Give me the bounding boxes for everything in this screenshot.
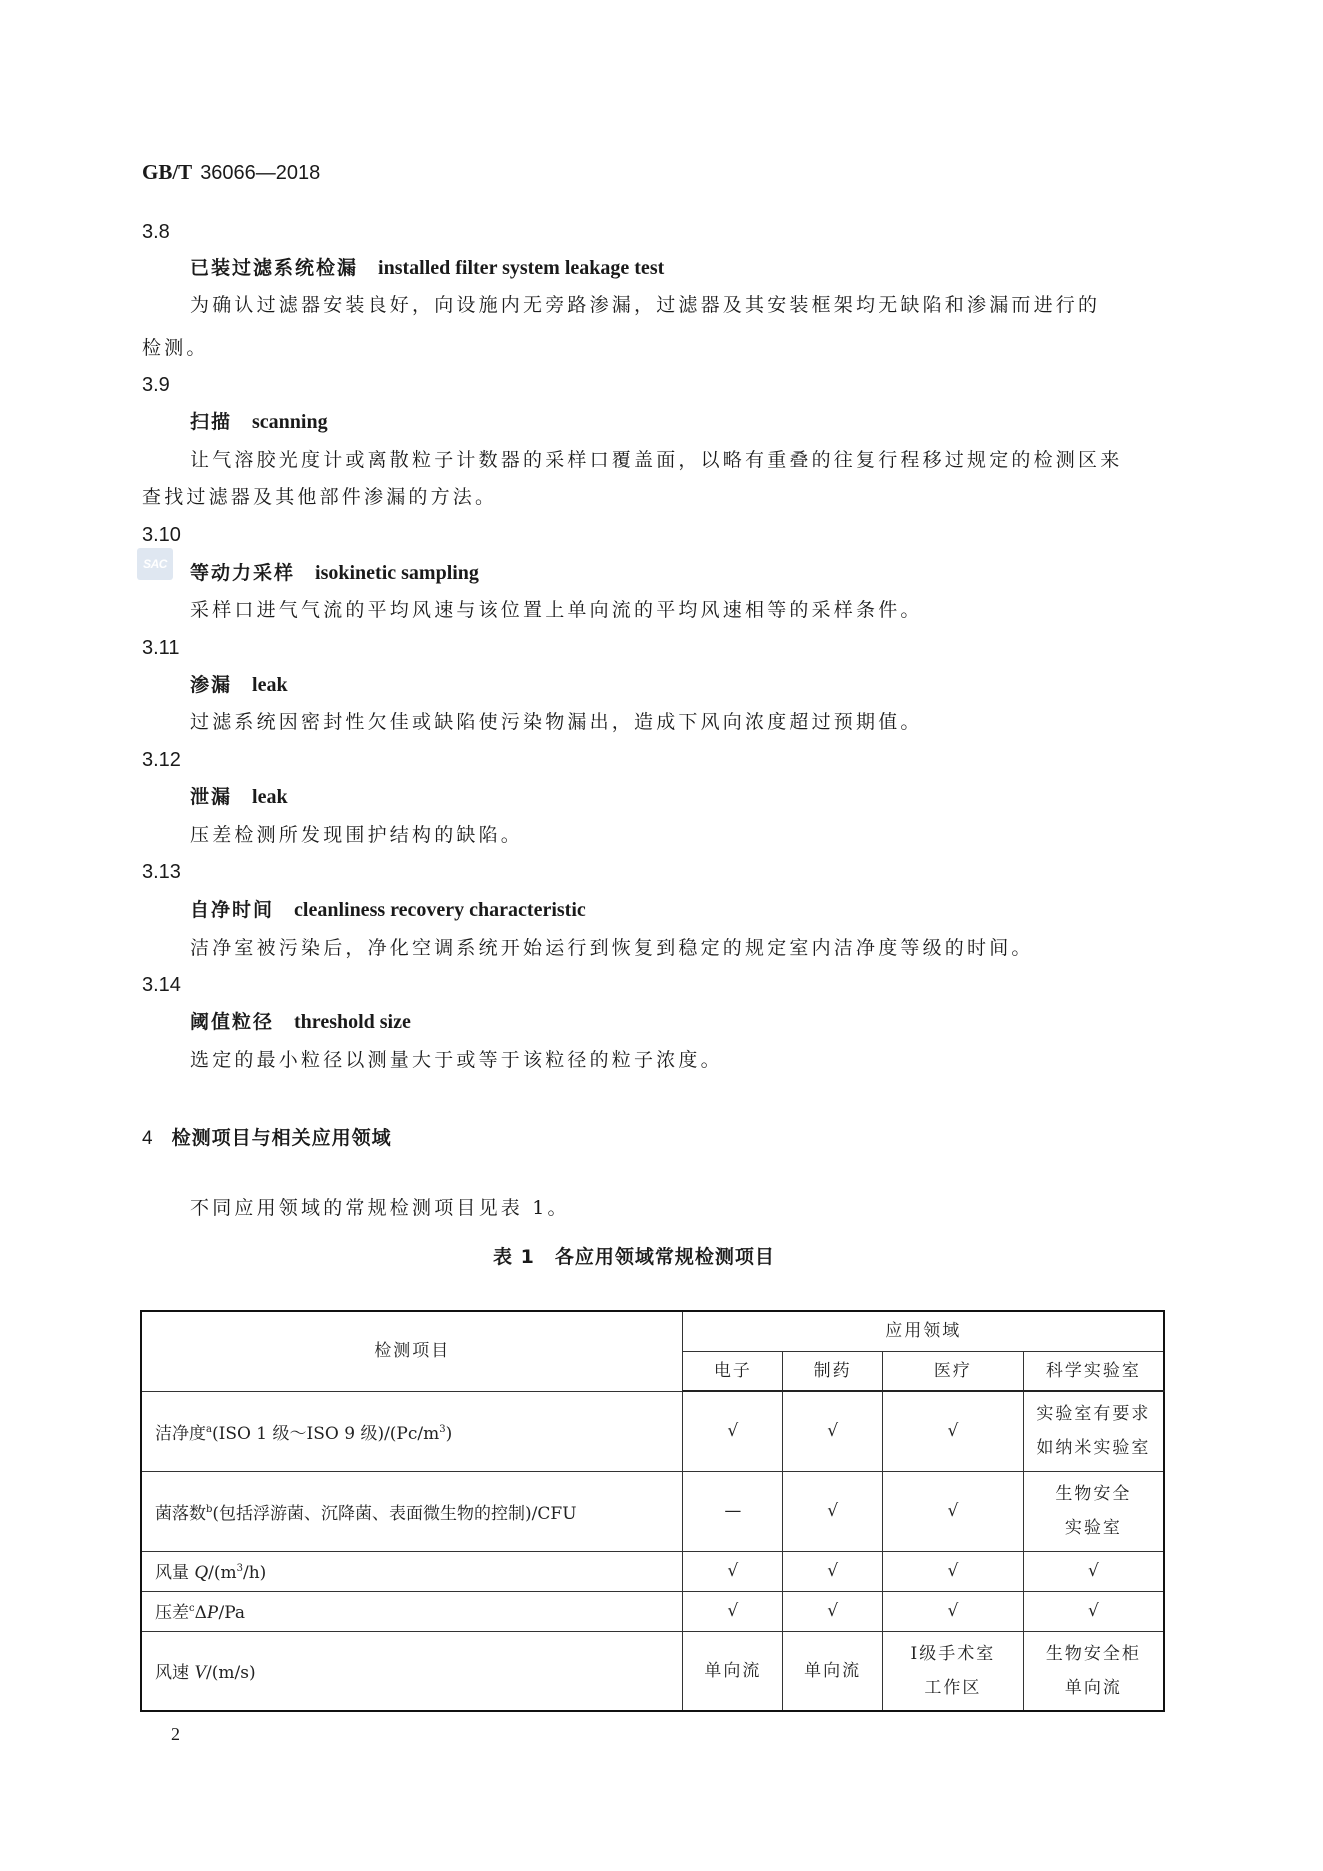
item-pressure-difference: 压差cΔP/Pa [141,1591,683,1631]
clause-number: 3.11 [142,636,179,660]
check-mark: √ [783,1551,883,1591]
item-unit: /Pa [219,1603,246,1623]
table-caption-label: 表 1 [493,1246,535,1268]
clause-number: 3.10 [142,523,181,547]
note-line: 如纳米实验室 [1024,1431,1163,1465]
note-line: 单向流 [1024,1671,1163,1705]
definition-line: 洁净室被污染后，净化空调系统开始运行到恢复到稳定的规定室内洁净度等级的时间。 [190,936,1034,960]
item-unit-end: /h) [243,1563,266,1583]
term-zh: 已装过滤系统检漏 [190,257,358,279]
check-mark: √ [883,1551,1024,1591]
term-en: leak [252,786,288,808]
check-mark: √ [1023,1551,1164,1591]
note-line: 生物安全柜 [1024,1637,1163,1671]
check-mark: √ [883,1391,1024,1471]
cell-note: 生物安全柜单向流 [1023,1631,1164,1711]
clause-number: 3.14 [142,973,181,997]
definition-line: 查找过滤器及其他部件渗漏的方法。 [142,485,497,509]
note-line: 工作区 [883,1671,1023,1705]
check-mark: √ [1023,1591,1164,1631]
clause-number: 3.13 [142,860,181,884]
table-header-row: 检测项目 应用领域 [141,1311,1164,1351]
cell-note: 生物安全实验室 [1023,1471,1164,1551]
section-paragraph: 不同应用领域的常规检测项目见表 1。 [190,1196,570,1220]
item-unit: (ISO 1 级～ISO 9 级)/(Pc/m [212,1424,439,1444]
term-en: installed filter system leakage test [378,257,664,279]
term-zh: 渗漏 [190,674,232,696]
definition-line: 压差检测所发现围护结构的缺陷。 [190,823,523,847]
check-mark: √ [883,1591,1024,1631]
definition-line: 检测。 [142,336,209,360]
table-row: 压差cΔP/Pa √ √ √ √ [141,1591,1164,1631]
item-unit: /(m [208,1563,236,1583]
variable: P [207,1602,219,1623]
clause-number: 3.9 [142,373,170,397]
document-page: GB/T36066—2018 SAC 3.8 已装过滤系统检漏installed… [0,0,1323,1871]
cell-value: 单向流 [783,1631,883,1711]
term-en: leak [252,674,288,696]
section-heading: 4检测项目与相关应用领域 [142,1126,392,1150]
item-colony-count: 菌落数b(包括浮游菌、沉降菌、表面微生物的控制)/CFU [141,1471,683,1551]
item-cleanliness: 洁净度a(ISO 1 级～ISO 9 级)/(Pc/m3) [141,1391,683,1471]
cell-note: 实验室有要求如纳米实验室 [1023,1391,1164,1471]
table-caption-title: 各应用领域常规检测项目 [555,1246,775,1268]
definition-line: 采样口进气气流的平均风速与该位置上单向流的平均风速相等的采样条件。 [190,598,923,622]
section-number: 4 [142,1128,154,1149]
definition-line: 过滤系统因密封性欠佳或缺陷使污染物漏出，造成下风向浓度超过预期值。 [190,710,923,734]
table-row: 菌落数b(包括浮游菌、沉降菌、表面微生物的控制)/CFU — √ √ 生物安全实… [141,1471,1164,1551]
header-pharma: 制药 [783,1351,883,1391]
term-heading: 已装过滤系统检漏installed filter system leakage … [190,256,664,280]
check-mark: √ [783,1391,883,1471]
check-mark: √ [683,1591,783,1631]
standard-header: GB/T36066—2018 [142,160,320,184]
item-unit: /(m/s) [206,1663,256,1683]
note-line: Ⅰ级手术室 [883,1637,1023,1671]
item-air-velocity: 风速 V/(m/s) [141,1631,683,1711]
table-row: 洁净度a(ISO 1 级～ISO 9 级)/(Pc/m3) √ √ √ 实验室有… [141,1391,1164,1471]
clause-number: 3.8 [142,220,170,244]
inspection-items-table: 检测项目 应用领域 电子 制药 医疗 科学实验室 洁净度a(ISO 1 级～IS… [140,1310,1165,1712]
item-label: 压差 [155,1603,189,1623]
item-label: 风量 [155,1563,194,1583]
term-zh: 自净时间 [190,899,274,921]
section-title: 检测项目与相关应用领域 [172,1127,392,1149]
clause-number: 3.12 [142,748,181,772]
cell-note: Ⅰ级手术室工作区 [883,1631,1024,1711]
dash-mark: — [683,1471,783,1551]
standard-code: GB/T [142,160,192,184]
definition-line: 为确认过滤器安装良好，向设施内无旁路渗漏，过滤器及其安装框架均无缺陷和渗漏而进行… [190,293,1100,317]
cell-value: 单向流 [683,1631,783,1711]
item-label: 风速 [155,1663,194,1683]
table-row: 风量 Q/(m3/h) √ √ √ √ [141,1551,1164,1591]
term-en: threshold size [294,1011,411,1033]
check-mark: √ [883,1471,1024,1551]
term-heading: 渗漏leak [190,673,288,697]
check-mark: √ [783,1591,883,1631]
note-line: 实验室有要求 [1024,1397,1163,1431]
header-medical: 医疗 [883,1351,1024,1391]
delta-symbol: Δ [195,1603,207,1623]
definition-line: 让气溶胶光度计或离散粒子计数器的采样口覆盖面，以略有重叠的往复行程移过规定的检测… [190,448,1122,472]
item-unit: (包括浮游菌、沉降菌、表面微生物的控制)/CFU [212,1504,576,1524]
table-caption: 表 1各应用领域常规检测项目 [493,1245,775,1269]
term-heading: 阈值粒径threshold size [190,1010,411,1034]
term-en: cleanliness recovery characteristic [294,899,586,921]
variable: V [194,1662,206,1683]
item-label: 菌落数 [155,1504,206,1524]
header-science-lab: 科学实验室 [1023,1351,1164,1391]
check-mark: √ [683,1551,783,1591]
term-heading: 泄漏leak [190,785,288,809]
term-en: isokinetic sampling [315,562,479,584]
page-number: 2 [171,1722,180,1746]
term-en: scanning [252,411,328,433]
term-zh: 泄漏 [190,786,232,808]
term-zh: 等动力采样 [190,562,295,584]
table-row: 风速 V/(m/s) 单向流 单向流 Ⅰ级手术室工作区 生物安全柜单向流 [141,1631,1164,1711]
header-application-field: 应用领域 [683,1311,1164,1351]
term-heading: 等动力采样isokinetic sampling [190,561,479,585]
term-heading: 扫描scanning [190,410,328,434]
note-line: 实验室 [1024,1511,1163,1545]
item-unit-end: ) [446,1424,453,1444]
term-zh: 扫描 [190,411,232,433]
header-electronics: 电子 [683,1351,783,1391]
standard-number: 36066—2018 [200,162,320,184]
item-label: 洁净度 [155,1424,206,1444]
check-mark: √ [783,1471,883,1551]
check-mark: √ [683,1391,783,1471]
header-item-column: 检测项目 [141,1311,683,1391]
term-zh: 阈值粒径 [190,1011,274,1033]
sac-logo-icon: SAC [137,548,173,580]
variable: Q [194,1562,208,1583]
item-air-volume: 风量 Q/(m3/h) [141,1551,683,1591]
note-line: 生物安全 [1024,1477,1163,1511]
term-heading: 自净时间cleanliness recovery characteristic [190,898,586,922]
definition-line: 选定的最小粒径以测量大于或等于该粒径的粒子浓度。 [190,1048,723,1072]
